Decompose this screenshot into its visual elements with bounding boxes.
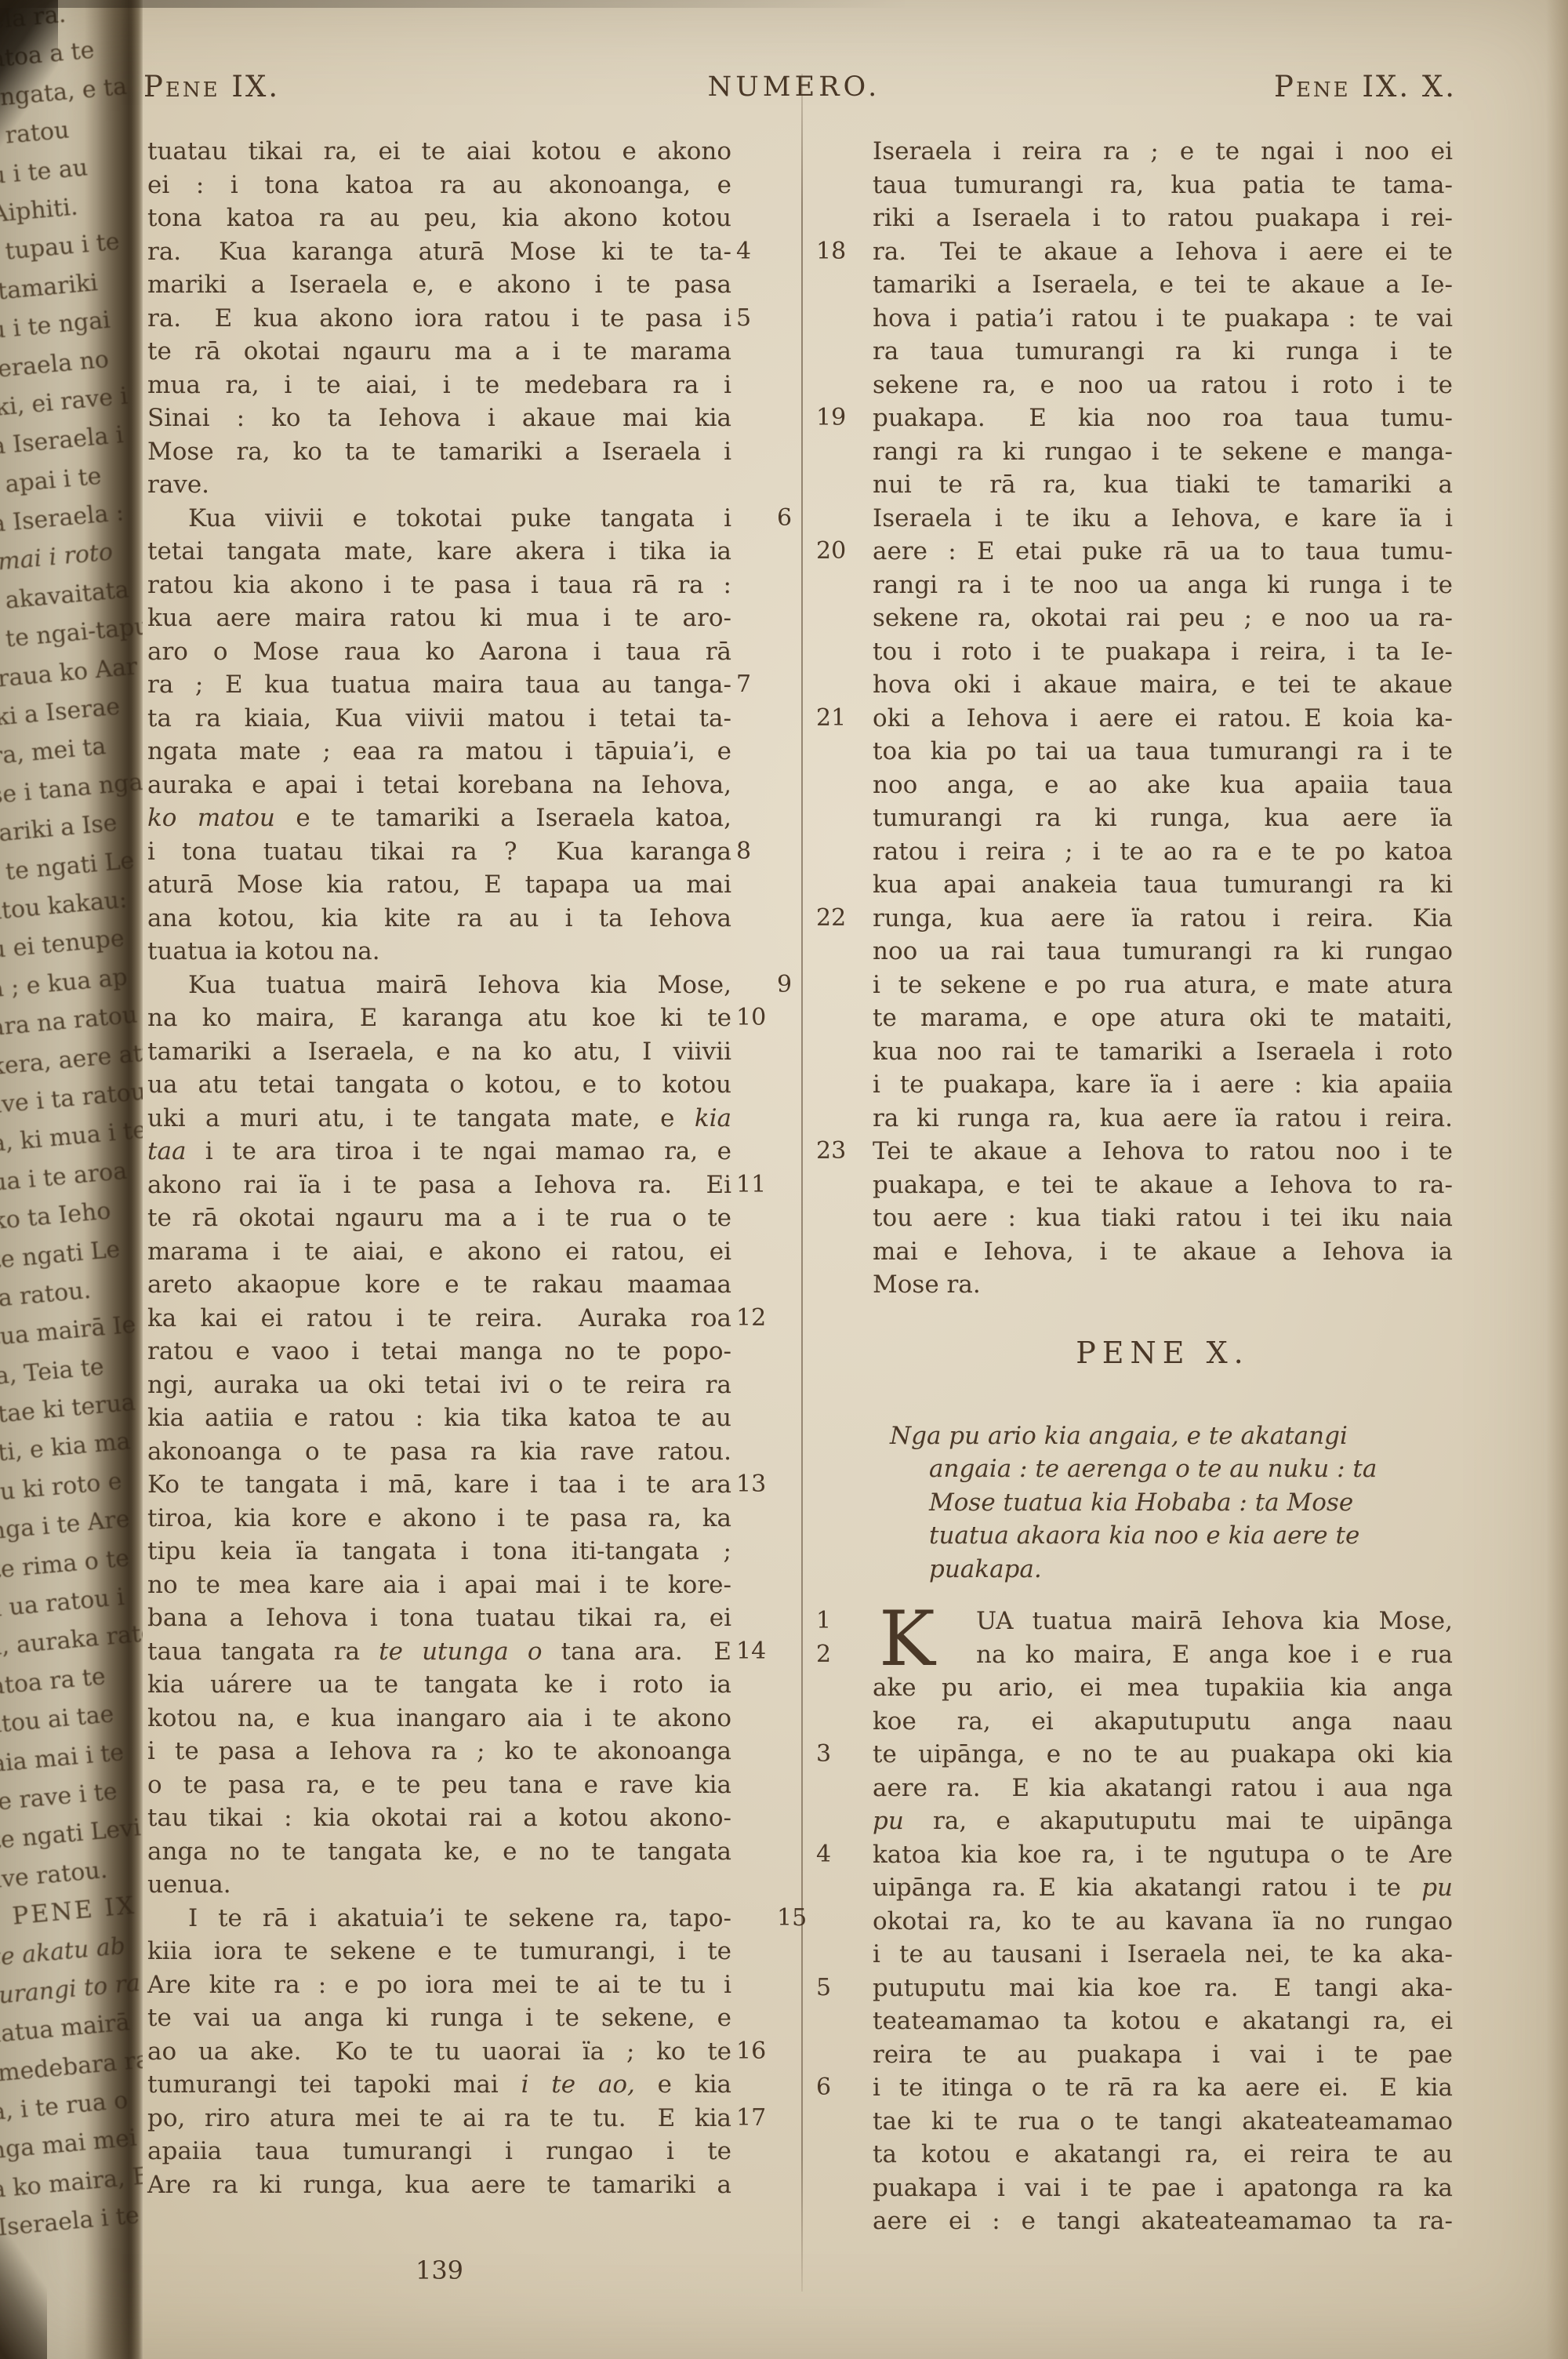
- text-line: i te sekene e po rua atura, e mate atura: [873, 969, 1453, 1002]
- text-line: sekene ra, e noo ua ratou i roto i te: [873, 369, 1453, 402]
- text-line: bana a Iehova i tona tuatau tikai ra, ei: [147, 1601, 731, 1635]
- text-line: rangi ra i te noo ua anga ki runga i te: [873, 569, 1453, 602]
- text-line: mariki a Iseraela e, e akono i te pasa: [147, 268, 731, 302]
- text-line: ka kai ei ratou i te reira. Auraka roa12: [147, 1302, 731, 1336]
- text-line: tae ki te rua o te tangi akateateamamao: [873, 2105, 1453, 2139]
- text-line: kiia iora te sekene e te tumurangi, i te: [147, 1935, 731, 1968]
- text-line: o te pasa ra, e te peu tana e rave kia: [147, 1768, 731, 1802]
- text-line: nui te rā ra, kua tiaki te tamariki a: [873, 468, 1453, 502]
- verse-number: 17: [736, 2102, 782, 2135]
- text-line: ake pu ario, ei mea tupakiia kia anga: [873, 1671, 1453, 1705]
- text-line: taua tangata ra te utunga o tana ara. E1…: [147, 1635, 731, 1669]
- text-line: anga no te tangata ke, e no te tangata: [147, 1835, 731, 1869]
- summary-line: Nga pu ario kia angaia, e te akatangi: [890, 1419, 1415, 1453]
- text-line: areto akaopue kore e te rakau maamaa: [147, 1268, 731, 1302]
- text-line: ngata mate ; eaa ra matou i tāpuia’i, e: [147, 735, 731, 769]
- text-line: ra. Kua karanga aturā Mose ki te ta-4: [147, 235, 731, 269]
- verse-number: 19: [816, 402, 865, 435]
- text-line: tuatua ia kotou na.: [147, 935, 731, 969]
- text-line: no te mea kare aia i apai mai i te kore-: [147, 1568, 731, 1602]
- text-line: kua noo rai te tamariki a Iseraela i rot…: [873, 1035, 1453, 1069]
- chapter-9-continued: Iseraela i reira ra ; e te ngai i noo ei…: [873, 135, 1453, 1302]
- verse-number: 2: [816, 1638, 865, 1672]
- text-line: tuatau tikai ra, ei te aiai kotou e akon…: [147, 135, 731, 169]
- verse-number: 4: [816, 1838, 865, 1872]
- verse-number: 15: [736, 1902, 782, 1936]
- text-line: i te au tausani i Iseraela nei, te ka ak…: [873, 1938, 1453, 1972]
- left-text-column: tuatau tikai ra, ei te aiai kotou e akon…: [147, 135, 731, 2201]
- text-line: toa kia po tai ua taua tumurangi ra i te: [873, 735, 1453, 769]
- chapter-heading: PENE X.: [873, 1335, 1453, 1371]
- text-line: tona katoa ra au peu, kia akono kotou: [147, 202, 731, 235]
- text-line: ratou i reira ; i te ao ra e te po katoa: [873, 835, 1453, 869]
- text-line: sekene ra, okotai rai peu ; e noo ua ra-: [873, 602, 1453, 635]
- text-line: tamariki a Iseraela, e na ko atu, I viiv…: [147, 1035, 731, 1069]
- verse-number: 16: [736, 2035, 782, 2069]
- text-line: ngi, auraka ua oki tetai ivi o te reira …: [147, 1369, 731, 1402]
- verse-number: 8: [736, 835, 782, 869]
- text-line: akonoanga o te pasa ra kia rave ratou.: [147, 1435, 731, 1469]
- text-line: Are kite ra : e po iora mei te ai te tu …: [147, 1968, 731, 2002]
- verse-number: 18: [816, 235, 865, 269]
- verse-number: 10: [736, 1001, 782, 1035]
- text-line: i te puakapa, kare ïa i aere : kia apaii…: [873, 1068, 1453, 1102]
- chapter-summary: Nga pu ario kia angaia, e te akatangiang…: [873, 1419, 1453, 1587]
- text-line: putuputu mai kia koe ra. E tangi aka-5: [873, 1972, 1453, 2005]
- text-line: aere ra. E kia akatangi ratou i aua nga: [873, 1772, 1453, 1805]
- verse-number: 9: [736, 969, 782, 1002]
- photo-corner-bottom-left: [0, 2234, 47, 2359]
- text-line: tamariki a Iseraela, e tei te akaue a Ie…: [873, 268, 1453, 302]
- text-line: mai e Iehova, i te akaue a Iehova ia: [873, 1235, 1453, 1269]
- book-photo: aela ra.katoa a tetangata, e taia ratoua…: [0, 0, 1568, 2359]
- text-line: kua aere maira ratou ki mua i te aro-: [147, 602, 731, 635]
- text-line: rangi ra ki rungao i te sekene e manga-: [873, 435, 1453, 469]
- text-line: UA tuatua mairā Iehova kia Mose,K1: [873, 1605, 1453, 1638]
- text-line: uipānga ra. E kia akatangi ratou i te pu: [873, 1871, 1453, 1905]
- text-line: puakapa i vai i te pae i apatonga ra ka: [873, 2172, 1453, 2205]
- verse-number: 1: [816, 1605, 865, 1638]
- verse-number: 6: [736, 502, 782, 536]
- text-line: te marama, e ope atura oki te mataiti,: [873, 1001, 1453, 1035]
- verse-number: 6: [816, 2071, 865, 2105]
- text-line: mua ra, i te aiai, i te medebara ra i: [147, 369, 731, 402]
- running-head-title: NUMERO.: [708, 69, 881, 105]
- text-line: ra taua tumurangi ra ki runga i te: [873, 335, 1453, 369]
- text-line: i te itinga o te rā ra ka aere ei. E kia…: [873, 2071, 1453, 2105]
- photo-corner-top-left: [0, 0, 58, 157]
- text-line: Kua viivii e tokotai puke tangata i6: [147, 502, 731, 536]
- running-head-right: Pene IX. X.: [1274, 69, 1457, 105]
- text-line: aere : E etai puke rā ua to taua tumu-20: [873, 535, 1453, 569]
- verse-number: 5: [816, 1972, 865, 2005]
- verse-number: 13: [736, 1468, 782, 1502]
- text-line: na ko maira, E karanga atu koe ki te10: [147, 1001, 731, 1035]
- text-line: ana kotou, kia kite ra au i ta Iehova: [147, 902, 731, 936]
- text-line: taua tumurangi ra, kua patia te tama-: [873, 169, 1453, 202]
- text-line: akono rai ïa i te pasa a Iehova ra. Ei11: [147, 1169, 731, 1202]
- text-line: ua atu tetai tangata o kotou, e to kotou: [147, 1068, 731, 1102]
- text-line: I te rā i akatuia’i te sekene ra, tapo-1…: [147, 1902, 731, 1936]
- text-line: kia uárere ua te tangata ke i roto ia: [147, 1668, 731, 1702]
- text-line: reira te au puakapa i vai i te pae: [873, 2038, 1453, 2072]
- text-line: Ko te tangata i mā, kare i taa i te ara1…: [147, 1468, 731, 1502]
- gutter-fold-shadow: [85, 0, 143, 2359]
- chapter-10-text: UA tuatua mairā Iehova kia Mose,K1na ko …: [873, 1605, 1453, 2238]
- text-line: ratou kia akono i te pasa i taua rā ra :: [147, 569, 731, 602]
- text-line: puakapa, e tei te akaue a Iehova to ra-: [873, 1169, 1453, 1202]
- text-line: i tona tuatau tikai ra ? Kua karanga8: [147, 835, 731, 869]
- text-line: ko matou e te tamariki a Iseraela katoa,: [147, 801, 731, 835]
- verse-number: 3: [816, 1738, 865, 1772]
- text-line: te vai ua anga ki runga i te sekene, e: [147, 2001, 731, 2035]
- text-line: kia aatiia e ratou : kia tika katoa te a…: [147, 1401, 731, 1435]
- text-line: Tei te akaue a Iehova to ratou noo i te2…: [873, 1135, 1453, 1169]
- text-line: Kua tuatua mairā Iehova kia Mose,9: [147, 969, 731, 1002]
- text-line: ta ra kiaia, Kua viivii matou i tetai ta…: [147, 702, 731, 736]
- summary-line: tuatua akaora kia noo e kia aere te: [890, 1519, 1415, 1553]
- verse-number: 21: [816, 702, 865, 736]
- text-line: puakapa. E kia noo roa taua tumu-19: [873, 402, 1453, 435]
- text-line: aturā Mose kia ratou, E tapapa ua mai: [147, 868, 731, 902]
- text-line: apaiia taua tumurangi i rungao i te: [147, 2135, 731, 2168]
- text-line: na ko maira, E anga koe i e rua2: [873, 1638, 1453, 1672]
- verse-number: 23: [816, 1135, 865, 1169]
- text-line: ra ki runga ra, kua aere ïa ratou i reir…: [873, 1102, 1453, 1136]
- text-line: ratou e vaoo i tetai manga no te popo-: [147, 1335, 731, 1369]
- summary-line: angaia : te aerenga o te au nuku : ta: [890, 1452, 1415, 1486]
- page-gutter: aela ra.katoa a tetangata, e taia ratoua…: [0, 0, 143, 2359]
- text-line: Iseraela i reira ra ; e te ngai i noo ei: [873, 135, 1453, 169]
- text-line: runga, kua aere ïa ratou i reira. Kia22: [873, 902, 1453, 936]
- column-divider-rule: [801, 74, 803, 2292]
- verse-number: 11: [736, 1169, 782, 1202]
- text-line: tau tikai : kia okotai rai a kotou akono…: [147, 1801, 731, 1835]
- text-line: hova i patia’i ratou i te puakapa : te v…: [873, 302, 1453, 336]
- text-line: ei : i tona katoa ra au akonoanga, e: [147, 169, 731, 202]
- running-head-left: Pene IX.: [143, 69, 280, 105]
- text-line: pu ra, e akaputuputu mai te uipānga: [873, 1805, 1453, 1838]
- text-line: te uipānga, e no te au puakapa oki kia3: [873, 1738, 1453, 1772]
- text-line: tumurangi ra ki runga, kua aere ïa: [873, 801, 1453, 835]
- text-line: rave.: [147, 468, 731, 502]
- text-line: ao ua ake. Ko te tu uaorai ïa ; ko te16: [147, 2035, 731, 2069]
- text-line: teateamamao ta kotou e akatangi ra, ei: [873, 2005, 1453, 2038]
- text-line: po, riro atura mei te ai ra te tu. E kia…: [147, 2102, 731, 2135]
- verse-number: 20: [816, 535, 865, 569]
- text-line: tumurangi tei tapoki mai i te ao, e kia: [147, 2068, 731, 2102]
- text-line: uenua.: [147, 1868, 731, 1902]
- text-line: tou i roto i te puakapa i reira, i ta Ie…: [873, 635, 1453, 669]
- text-line: taa i te ara tiroa i te ngai mamao ra, e: [147, 1135, 731, 1169]
- right-text-column: Iseraela i reira ra ; e te ngai i noo ei…: [873, 135, 1453, 2238]
- text-line: riki a Iseraela i to ratou puakapa i rei…: [873, 202, 1453, 235]
- text-line: okotai ra, ko te au kavana ïa no rungao: [873, 1905, 1453, 1939]
- text-line: Mose ra.: [873, 1268, 1453, 1302]
- text-line: koe ra, ei akaputuputu anga naau: [873, 1705, 1453, 1739]
- text-line: marama i te aiai, e akono ei ratou, ei: [147, 1235, 731, 1269]
- text-line: Iseraela i te iku a Iehova, e kare ïa i: [873, 502, 1453, 536]
- text-line: tipu keia ïa tangata i tona iti-tangata …: [147, 1535, 731, 1568]
- text-line: oki a Iehova i aere ei ratou. E koia ka-…: [873, 702, 1453, 736]
- text-line: aro o Mose raua ko Aarona i taua rā: [147, 635, 731, 669]
- text-line: ra. Tei te akaue a Iehova i aere ei te18: [873, 235, 1453, 269]
- text-line: aere ei : e tangi akateateamamao ta ra-: [873, 2205, 1453, 2238]
- verse-number: 7: [736, 668, 782, 702]
- text-line: Mose ra, ko ta te tamariki a Iseraela i: [147, 435, 731, 469]
- verse-number: 12: [736, 1302, 782, 1336]
- text-line: noo ua rai taua tumurangi ra ki rungao: [873, 935, 1453, 969]
- text-line: kotou na, e kua inangaro aia i te akono: [147, 1702, 731, 1736]
- text-line: tetai tangata mate, kare akera i tika ia: [147, 535, 731, 569]
- verse-number: 4: [736, 235, 782, 269]
- page-right-edge-shade: [1546, 0, 1568, 2359]
- text-line: noo anga, e ao ake kua apaiia taua: [873, 769, 1453, 802]
- text-line: auraka e apai i tetai korebana na Iehova…: [147, 769, 731, 802]
- text-line: tou aere : kua tiaki ratou i tei iku nai…: [873, 1201, 1453, 1235]
- verse-number: 14: [736, 1635, 782, 1669]
- text-line: te rā okotai ngauru ma a i te rua o te: [147, 1201, 731, 1235]
- text-line: uki a muri atu, i te tangata mate, e kia: [147, 1102, 731, 1136]
- text-line: Sinai : ko ta Iehova i akaue mai kia: [147, 402, 731, 435]
- text-line: ra. E kua akono iora ratou i te pasa i5: [147, 302, 731, 336]
- summary-line: Mose tuatua kia Hobaba : ta Mose: [890, 1486, 1415, 1520]
- text-line: ta kotou e akatangi ra, ei reira te au: [873, 2138, 1453, 2172]
- summary-line: puakapa.: [890, 1553, 1415, 1587]
- text-line: kua apai anakeia taua tumurangi ra ki: [873, 868, 1453, 902]
- verse-number: 5: [736, 302, 782, 336]
- text-line: Are ra ki runga, kua aere te tamariki a: [147, 2168, 731, 2202]
- text-line: te rā okotai ngauru ma a i te marama: [147, 335, 731, 369]
- text-line: katoa kia koe ra, i te ngutupa o te Are4: [873, 1838, 1453, 1872]
- verse-number: 22: [816, 902, 865, 936]
- text-line: tiroa, kia kore e akono i te pasa ra, ka: [147, 1502, 731, 1536]
- text-line: ra ; E kua tuatua maira taua au tanga-7: [147, 668, 731, 702]
- page-number: 139: [147, 2255, 731, 2285]
- text-line: hova oki i akaue maira, e tei te akaue: [873, 668, 1453, 702]
- text-line: i te pasa a Iehova ra ; ko te akonoanga: [147, 1735, 731, 1768]
